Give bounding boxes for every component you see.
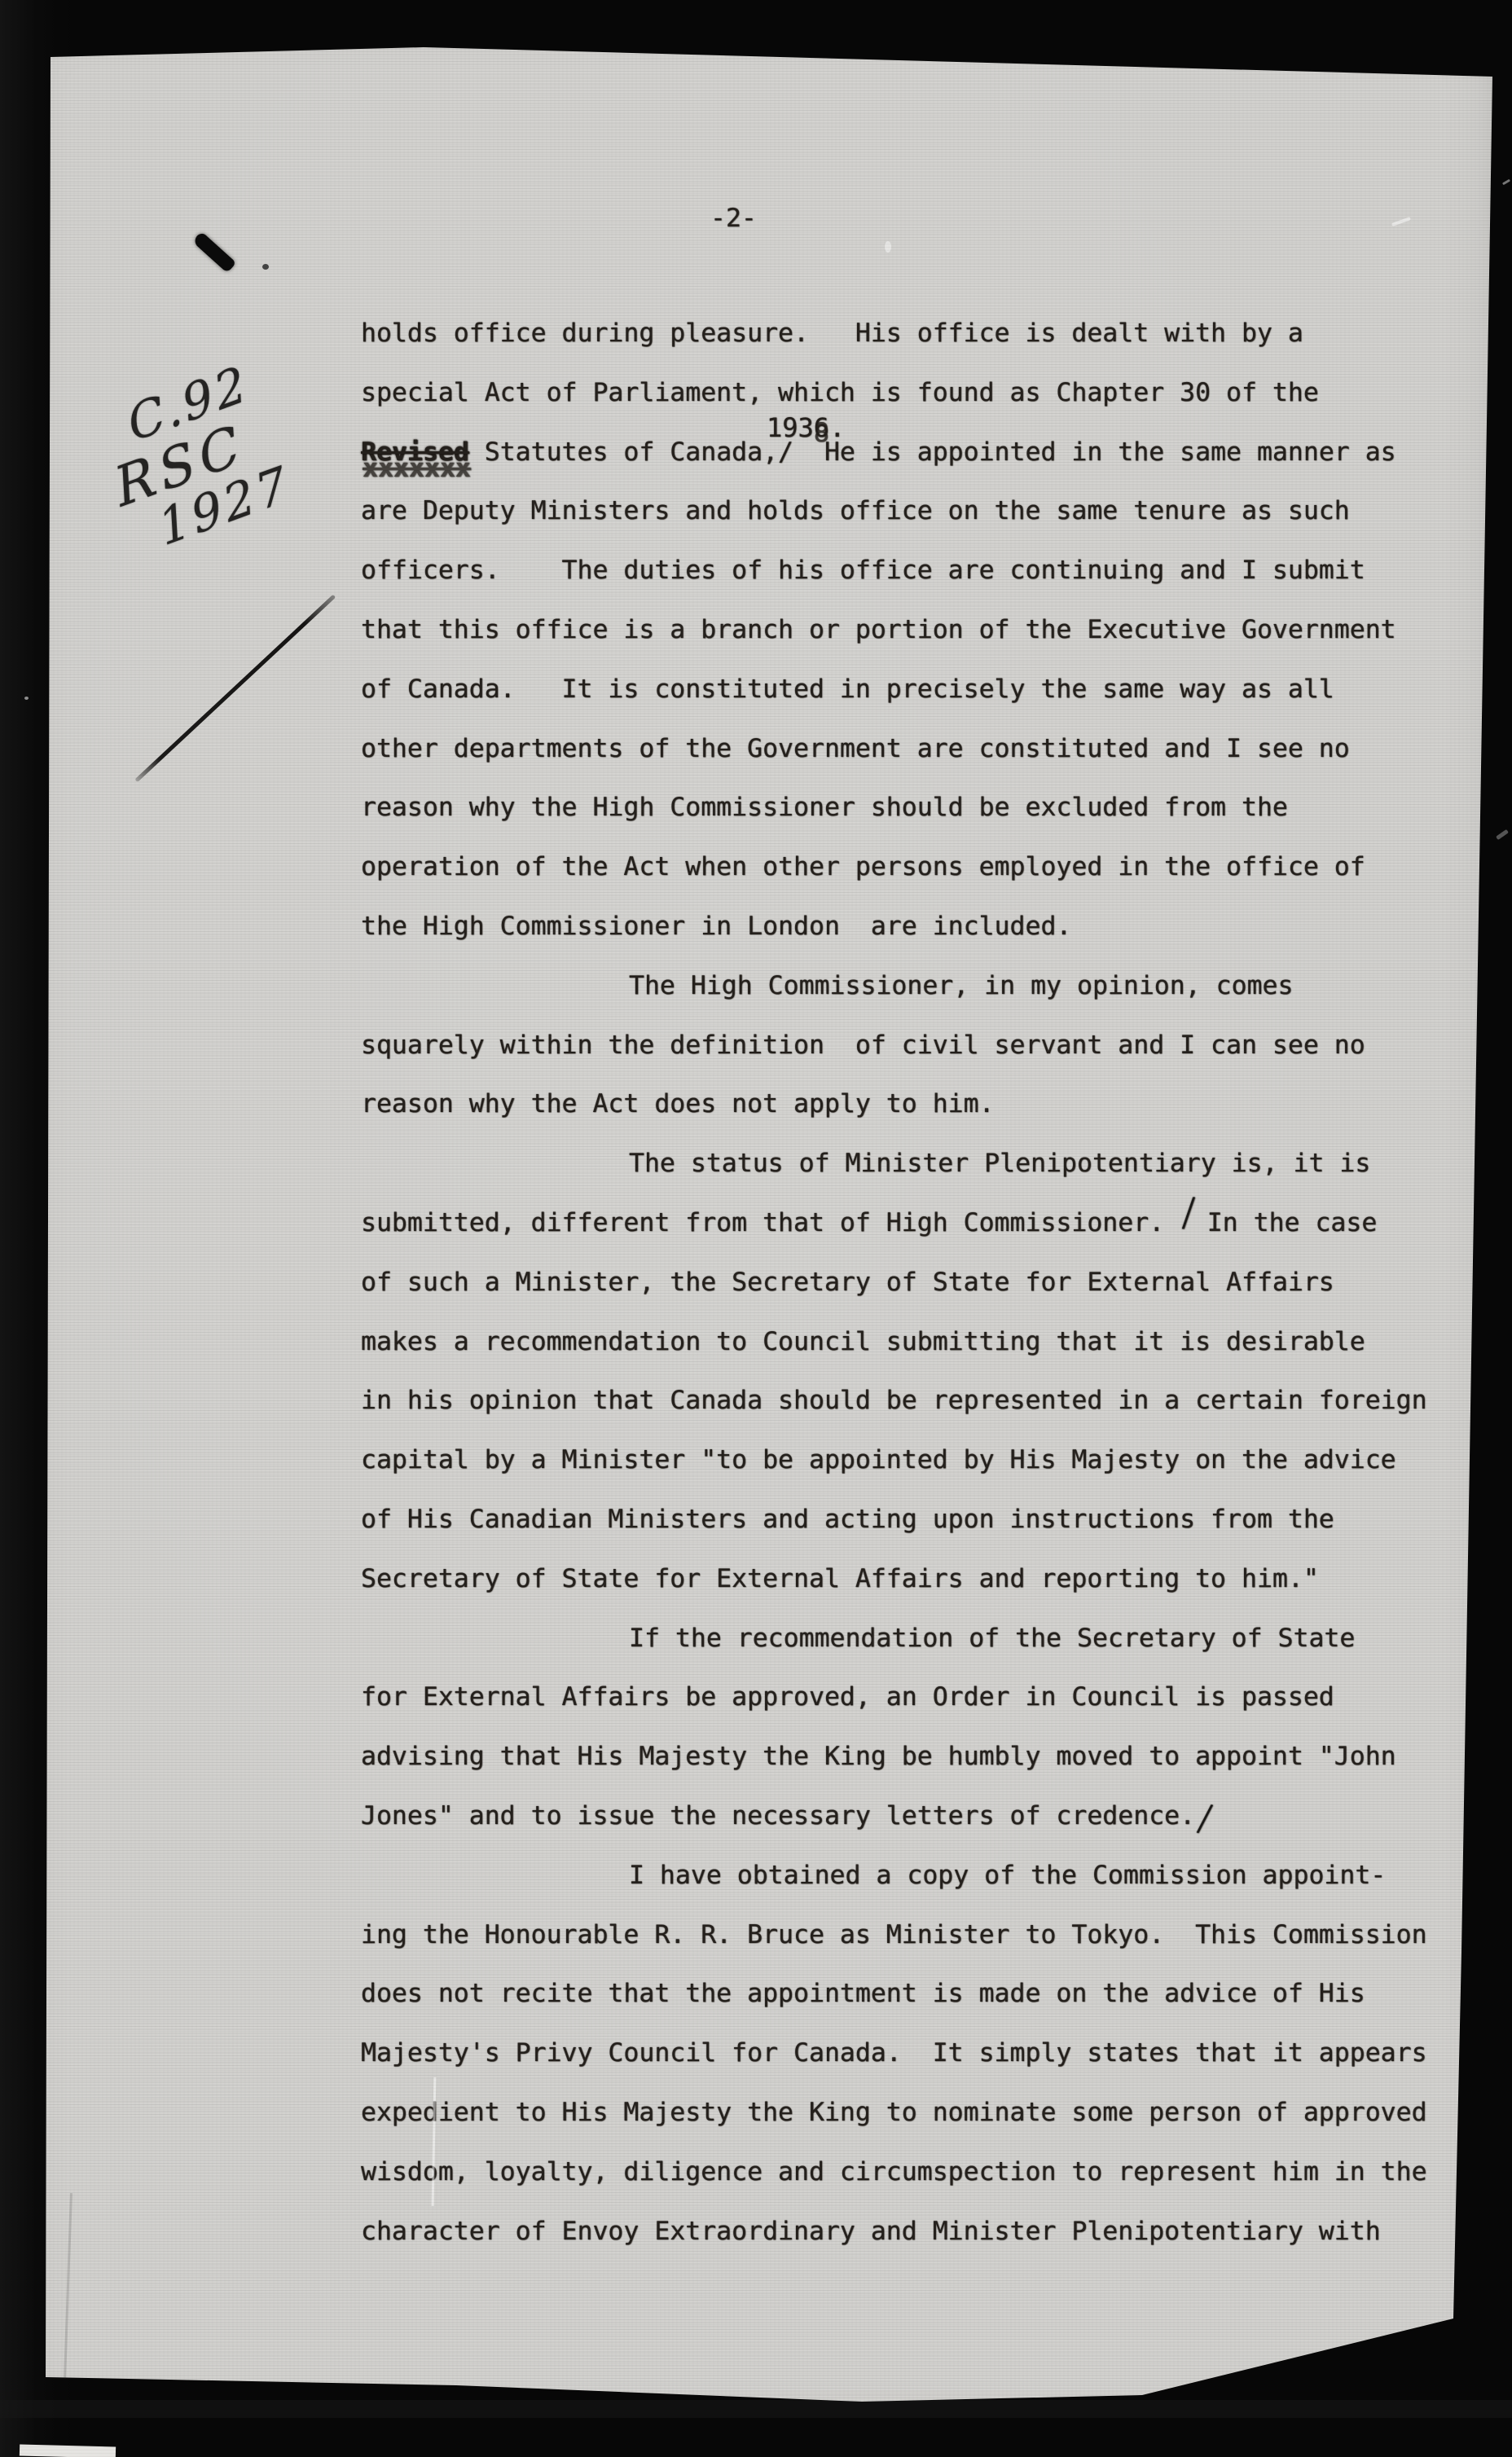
typescript-text: The status of Minister Plenipotentiary i… — [629, 1149, 1370, 1178]
typescript-text: I have obtained a copy of the Commission… — [629, 1861, 1386, 1890]
typescript-line: reason why the High Commissioner should … — [361, 778, 1501, 837]
typescript-line: The status of Minister Plenipotentiary i… — [361, 1134, 1501, 1193]
typescript-line: of His Canadian Ministers and acting upo… — [361, 1490, 1501, 1549]
typescript-line: I have obtained a copy of the Commission… — [361, 1846, 1501, 1905]
typescript-line: for External Affairs be approved, an Ord… — [361, 1668, 1501, 1727]
typescript-line: capital by a Minister "to be appointed b… — [361, 1431, 1501, 1490]
typescript-text: of such a Minister, the Secretary of Sta… — [361, 1268, 1334, 1297]
typescript-text: of Canada. It is constituted in precisel… — [361, 675, 1334, 704]
typescript-line: of Canada. It is constituted in precisel… — [361, 660, 1501, 719]
typescript-line: officers. The duties of his office are c… — [361, 541, 1501, 600]
typescript-line: reason why the Act does not apply to him… — [361, 1075, 1501, 1134]
typescript-text: squarely within the definition of civil … — [361, 1031, 1365, 1060]
typescript-line: squarely within the definition of civil … — [361, 1016, 1501, 1075]
overstruck-word: Revised — [361, 437, 469, 467]
typescript-text: The High Commissioner, in my opinion, co… — [629, 971, 1293, 1000]
typescript-line: Revised Statutes of Canada,/ He is appoi… — [361, 423, 1501, 482]
typescript-text: makes a recommendation to Council submit… — [361, 1327, 1365, 1356]
typescript-text: in his opinion that Canada should be rep… — [361, 1386, 1427, 1415]
dust-speck — [1502, 179, 1510, 186]
page-number: -2- — [710, 204, 757, 233]
typescript-line: ing the Honourable R. R. Bruce as Minist… — [361, 1905, 1501, 1965]
typescript-line: Jones" and to issue the necessary letter… — [361, 1787, 1501, 1846]
typescript-text: other departments of the Government are … — [361, 734, 1350, 763]
typescript-line: special Act of Parliament, which is foun… — [361, 363, 1501, 423]
typescript-text: that this office is a branch or portion … — [361, 615, 1396, 644]
typescript-line: advising that His Majesty the King be hu… — [361, 1727, 1501, 1787]
dust-speck — [24, 697, 29, 700]
typescript-text: reason why the Act does not apply to him… — [361, 1089, 995, 1119]
typescript-text: capital by a Minister "to be appointed b… — [361, 1445, 1396, 1475]
typescript-text: officers. The duties of his office are c… — [361, 556, 1365, 585]
typescript-line: in his opinion that Canada should be rep… — [361, 1371, 1501, 1431]
typescript-text: Statutes of Canada,/ He is appointed in … — [469, 437, 1396, 467]
scanned-document-screenshot: -2- C.92 RSC 1927 19368. holds office du… — [0, 0, 1512, 2457]
typescript-text: wisdom, loyalty, diligence and circumspe… — [361, 2157, 1427, 2187]
typescript-line: wisdom, loyalty, diligence and circumspe… — [361, 2143, 1501, 2202]
typescript-line: the High Commissioner in London are incl… — [361, 897, 1501, 956]
typescript-text: the High Commissioner in London are incl… — [361, 912, 1071, 941]
typescript-line: operation of the Act when other persons … — [361, 837, 1501, 897]
typescript-text: of His Canadian Ministers and acting upo… — [361, 1505, 1334, 1534]
typescript-line: makes a recommendation to Council submit… — [361, 1312, 1501, 1372]
typescript-text: are Deputy Ministers and holds office on… — [361, 496, 1350, 525]
typescript-text: Jones" and to issue the necessary letter… — [361, 1801, 1195, 1831]
scanner-noise-band — [0, 2400, 1512, 2418]
typescript-line: submitted, different from that of High C… — [361, 1193, 1501, 1253]
typescript-text: advising that His Majesty the King be hu… — [361, 1742, 1396, 1771]
typescript-line: that this office is a branch or portion … — [361, 600, 1501, 660]
typescript-line: holds office during pleasure. His office… — [361, 304, 1501, 363]
typescript-text: holds office during pleasure. His office… — [361, 319, 1303, 348]
typescript-line: expedient to His Majesty the King to nom… — [361, 2083, 1501, 2143]
typescript-text: does not recite that the appointment is … — [361, 1979, 1365, 2008]
typescript-line: character of Envoy Extraordinary and Min… — [361, 2202, 1501, 2261]
typescript-text: Secretary of State for External Affairs … — [361, 1564, 1319, 1593]
typescript-text: If the recommendation of the Secretary o… — [629, 1624, 1355, 1653]
typescript-line: of such a Minister, the Secretary of Sta… — [361, 1253, 1501, 1312]
typescript-line: The High Commissioner, in my opinion, co… — [361, 956, 1501, 1016]
typescript-text: special Act of Parliament, which is foun… — [361, 378, 1319, 407]
typescript-line: are Deputy Ministers and holds office on… — [361, 481, 1501, 541]
dust-speck — [885, 241, 891, 253]
typescript-text: for External Affairs be approved, an Ord… — [361, 1682, 1334, 1712]
typescript-text: Majesty's Privy Council for Canada. It s… — [361, 2038, 1427, 2068]
typescript-line: If the recommendation of the Secretary o… — [361, 1609, 1501, 1668]
next-page-corner — [20, 2444, 116, 2457]
typescript-text: operation of the Act when other persons … — [361, 852, 1365, 881]
typescript-text: expedient to His Majesty the King to nom… — [361, 2098, 1427, 2127]
typescript-text: ing the Honourable R. R. Bruce as Minist… — [361, 1920, 1427, 1949]
typescript-line: Secretary of State for External Affairs … — [361, 1549, 1501, 1609]
typescript-text: In the case — [1192, 1208, 1378, 1237]
typescript-text: character of Envoy Extraordinary and Min… — [361, 2217, 1381, 2246]
ink-dot-mark — [262, 264, 269, 270]
typescript-line: does not recite that the appointment is … — [361, 1964, 1501, 2024]
typescript-text: submitted, different from that of High C… — [361, 1208, 1180, 1237]
typescript-line: other departments of the Government are … — [361, 719, 1501, 779]
typescript-line: Majesty's Privy Council for Canada. It s… — [361, 2024, 1501, 2083]
typescript-body: holds office during pleasure. His office… — [361, 304, 1501, 2261]
typescript-text: reason why the High Commissioner should … — [361, 793, 1288, 822]
